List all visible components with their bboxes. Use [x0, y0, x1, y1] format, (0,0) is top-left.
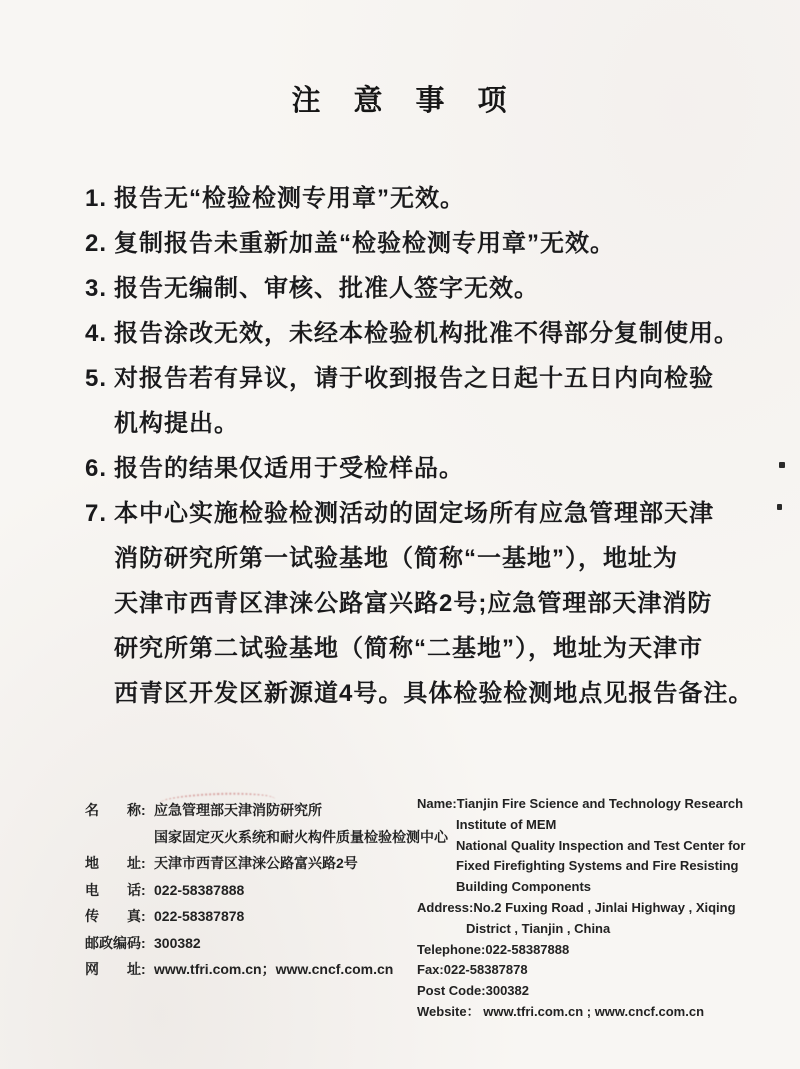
en-name-line: Name:Tianjin Fire Science and Technology…: [417, 794, 777, 815]
note-line: 研究所第二试验基地（简称“二基地”），地址为天津市: [114, 626, 745, 671]
en-website-line: Website： www.tfri.com.cn ; www.cncf.com.…: [417, 1002, 777, 1023]
phone-value: 022-58387888: [154, 882, 244, 898]
org-name-value: 应急管理部天津消防研究所: [154, 802, 322, 818]
org-name-label: 名 称:: [85, 797, 149, 824]
page-title: 注 意 事 项: [0, 78, 800, 119]
note-line: 机构提出。: [114, 401, 745, 446]
en-name-line-4: Fixed Firefighting Systems and Fire Resi…: [417, 856, 777, 877]
note-number: 6.: [85, 446, 107, 491]
note-line: 复制报告未重新加盖“检验检测专用章”无效。: [114, 221, 745, 266]
note-item-5: 5. 对报告若有异议，请于收到报告之日起十五日内向检验 机构提出。: [85, 356, 745, 446]
website-value: www.tfri.com.cn；www.cncf.com.cn: [154, 961, 393, 977]
note-line: 天津市西青区津涞公路富兴路2号;应急管理部天津消防: [114, 581, 745, 626]
note-line: 消防研究所第一试验基地（简称“一基地”），地址为: [114, 536, 745, 581]
notes-list: 1. 报告无“检验检测专用章”无效。 2. 复制报告未重新加盖“检验检测专用章”…: [85, 176, 745, 716]
en-fax-line: Fax:022-58387878: [417, 960, 777, 981]
note-number: 7.: [85, 491, 107, 536]
en-telephone-line: Telephone:022-58387888: [417, 940, 777, 961]
note-number: 5.: [85, 356, 107, 401]
phone-row: 电 话:022-58387888: [85, 877, 448, 904]
note-item-4: 4. 报告涂改无效，未经本检验机构批准不得部分复制使用。: [85, 311, 745, 356]
website-label: 网 址:: [85, 956, 149, 983]
note-line: 报告无编制、审核、批准人签字无效。: [114, 266, 745, 311]
note-item-1: 1. 报告无“检验检测专用章”无效。: [85, 176, 745, 221]
en-name-line-2: Institute of MEM: [417, 815, 777, 836]
note-line: 对报告若有异议，请于收到报告之日起十五日内向检验: [114, 356, 745, 401]
note-number: 1.: [85, 176, 107, 221]
note-item-3: 3. 报告无编制、审核、批准人签字无效。: [85, 266, 745, 311]
contact-info-english: Name:Tianjin Fire Science and Technology…: [417, 794, 777, 1023]
note-line: 报告无“检验检测专用章”无效。: [114, 176, 745, 221]
postcode-label: 邮政编码:: [85, 930, 149, 957]
note-number: 3.: [85, 266, 107, 311]
website-row: 网 址:www.tfri.com.cn；www.cncf.com.cn: [85, 956, 448, 983]
note-number: 2.: [85, 221, 107, 266]
fax-row: 传 真:022-58387878: [85, 903, 448, 930]
note-number: 4.: [85, 311, 107, 356]
postcode-row: 邮政编码:300382: [85, 930, 448, 957]
postcode-value: 300382: [154, 935, 201, 951]
address-label: 地 址:: [85, 850, 149, 877]
note-line: 西青区开发区新源道4号。具体检验检测地点见报告备注。: [114, 671, 745, 716]
note-item-2: 2. 复制报告未重新加盖“检验检测专用章”无效。: [85, 221, 745, 266]
scan-artifact-dot: [777, 504, 782, 510]
en-address-line-2: District , Tianjin , China: [417, 919, 777, 940]
en-name-line-3: National Quality Inspection and Test Cen…: [417, 836, 777, 857]
fax-label: 传 真:: [85, 903, 149, 930]
address-row: 地 址:天津市西青区津涞公路富兴路2号: [85, 850, 448, 877]
en-address-line: Address:No.2 Fuxing Road , Jinlai Highwa…: [417, 898, 777, 919]
phone-label: 电 话:: [85, 877, 149, 904]
contact-info-chinese: 名 称:应急管理部天津消防研究所 国家固定灭火系统和耐火构件质量检验检测中心 地…: [85, 797, 448, 983]
en-postcode-line: Post Code:300382: [417, 981, 777, 1002]
note-line: 报告涂改无效，未经本检验机构批准不得部分复制使用。: [114, 311, 745, 356]
org-name-row: 名 称:应急管理部天津消防研究所: [85, 797, 448, 824]
org-name-row-2: 国家固定灭火系统和耐火构件质量检验检测中心: [85, 824, 448, 851]
org-name-value-2: 国家固定灭火系统和耐火构件质量检验检测中心: [154, 829, 448, 845]
note-item-6: 6. 报告的结果仅适用于受检样品。: [85, 446, 745, 491]
note-line: 本中心实施检验检测活动的固定场所有应急管理部天津: [114, 491, 745, 536]
en-name-line-5: Building Components: [417, 877, 777, 898]
note-item-7: 7. 本中心实施检验检测活动的固定场所有应急管理部天津 消防研究所第一试验基地（…: [85, 491, 745, 716]
fax-value: 022-58387878: [154, 908, 244, 924]
note-line: 报告的结果仅适用于受检样品。: [114, 446, 745, 491]
scan-artifact-dot: [779, 462, 785, 468]
address-value: 天津市西青区津涞公路富兴路2号: [154, 855, 358, 871]
document-page: 注 意 事 项 1. 报告无“检验检测专用章”无效。 2. 复制报告未重新加盖“…: [0, 0, 800, 1069]
